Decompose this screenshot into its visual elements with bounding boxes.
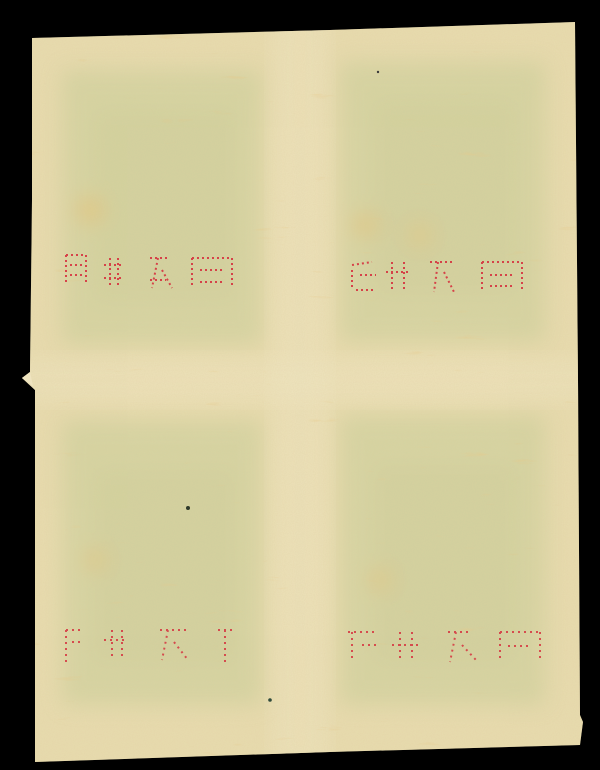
stamp-block-back	[0, 0, 600, 770]
photo-stage: Reverse side of an imperforate block of …	[0, 0, 600, 770]
